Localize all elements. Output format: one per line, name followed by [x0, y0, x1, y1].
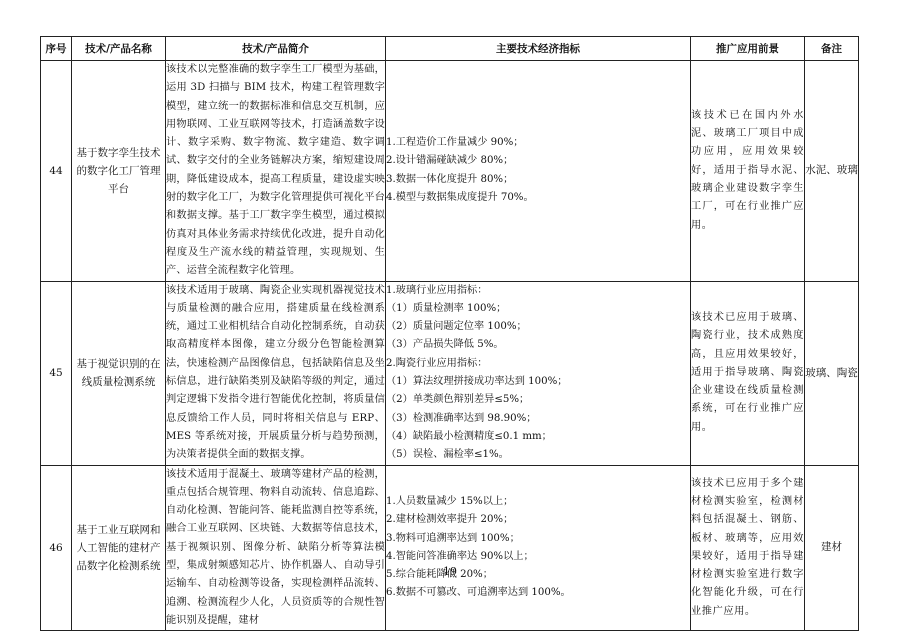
indicator-item: 4.模型与数据集成度提升 70%。: [386, 189, 690, 207]
indicator-item: （1）质量检测率 100%；: [386, 300, 690, 318]
notes: 玻璃、陶瓷: [805, 281, 859, 465]
indicator-item: （3）产品损失降低 5%。: [386, 336, 690, 354]
product-name: 基于工业互联网和人工智能的建材产品数字化检测系统: [72, 465, 166, 631]
indicator-item: （5）误检、漏检率≤1%。: [386, 446, 690, 464]
table-row: 46 基于工业互联网和人工智能的建材产品数字化检测系统 该技术适用于混凝土、玻璃…: [41, 465, 859, 631]
table-header-row: 序号 技术/产品名称 技术/产品简介 主要技术经济指标 推广应用前景 备注: [41, 37, 859, 61]
indicator-item: 3.物料可追溯率达到 100%；: [386, 530, 690, 548]
product-intro: 该技术适用于玻璃、陶瓷企业实现机器视觉技术与质量检测的融合应用，搭建质量在线检测…: [166, 281, 386, 465]
table-row: 45 基于视觉识别的在线质量检测系统 该技术适用于玻璃、陶瓷企业实现机器视觉技术…: [41, 281, 859, 465]
header-intro: 技术/产品简介: [166, 37, 386, 61]
document-page: 序号 技术/产品名称 技术/产品简介 主要技术经济指标 推广应用前景 备注 44…: [0, 0, 900, 636]
technical-indicators: 1.工程造价工作量减少 90%； 2.设计错漏碰缺减少 80%； 3.数据一体化…: [386, 61, 691, 282]
row-number: 46: [41, 465, 72, 631]
application-prospects: 该技术已在国内外水泥、玻璃工厂项目中成功应用，应用效果较好，适用于指导水泥、玻璃…: [691, 61, 805, 282]
notes: 水泥、玻璃: [805, 61, 859, 282]
product-name: 基于数字孪生技术的数字化工厂管理平台: [72, 61, 166, 282]
table-row: 44 基于数字孪生技术的数字化工厂管理平台 该技术以完整准确的数字孪生工厂模型为…: [41, 61, 859, 282]
header-prospects: 推广应用前景: [691, 37, 805, 61]
notes: 建材: [805, 465, 859, 631]
indicator-item: （4）缺陷最小检测精度≤0.1 mm；: [386, 428, 690, 446]
header-no: 序号: [41, 37, 72, 61]
application-prospects: 该技术已应用于多个建材检测实验室，检测材料包括混凝土、钢筋、板材、玻璃等，应用效…: [691, 465, 805, 631]
indicator-item: 2.建材检测效率提升 20%；: [386, 511, 690, 529]
page-number: 19: [0, 565, 900, 578]
indicator-item: 2.设计错漏碰缺减少 80%；: [386, 152, 690, 170]
indicator-item: 1.玻璃行业应用指标：: [386, 282, 690, 300]
header-indicators: 主要技术经济指标: [386, 37, 691, 61]
indicator-item: （1）算法纹理拼接成功率达到 100%；: [386, 373, 690, 391]
row-number: 44: [41, 61, 72, 282]
technology-catalog-table: 序号 技术/产品名称 技术/产品简介 主要技术经济指标 推广应用前景 备注 44…: [40, 36, 859, 631]
indicator-item: 1.工程造价工作量减少 90%；: [386, 134, 690, 152]
row-number: 45: [41, 281, 72, 465]
header-notes: 备注: [805, 37, 859, 61]
indicator-item: 1.人员数量减少 15%以上；: [386, 493, 690, 511]
indicator-item: 6.数据不可篡改、可追溯率达到 100%。: [386, 584, 690, 602]
header-name: 技术/产品名称: [72, 37, 166, 61]
product-intro: 该技术适用于混凝土、玻璃等建材产品的检测，重点包括合规管理、物料自动流转、信息追…: [166, 465, 386, 631]
indicator-item: （2）单类颜色辩别差异≤5%；: [386, 391, 690, 409]
indicator-item: 2.陶瓷行业应用指标：: [386, 355, 690, 373]
technical-indicators: 1.玻璃行业应用指标： （1）质量检测率 100%； （2）质量问题定位率 10…: [386, 281, 691, 465]
application-prospects: 该技术已应用于玻璃、陶瓷行业，技术成熟度高，且应用效果较好，适用于指导玻璃、陶瓷…: [691, 281, 805, 465]
product-intro: 该技术以完整准确的数字孪生工厂模型为基础，运用 3D 扫描与 BIM 技术，构建…: [166, 61, 386, 282]
technical-indicators: 1.人员数量减少 15%以上； 2.建材检测效率提升 20%； 3.物料可追溯率…: [386, 465, 691, 631]
indicator-item: （2）质量问题定位率 100%；: [386, 318, 690, 336]
indicator-item: 4.智能问答准确率达 90%以上；: [386, 548, 690, 566]
indicator-item: （3）检测准确率达到 98.90%；: [386, 410, 690, 428]
product-name: 基于视觉识别的在线质量检测系统: [72, 281, 166, 465]
indicator-item: 3.数据一体化度提升 80%；: [386, 171, 690, 189]
